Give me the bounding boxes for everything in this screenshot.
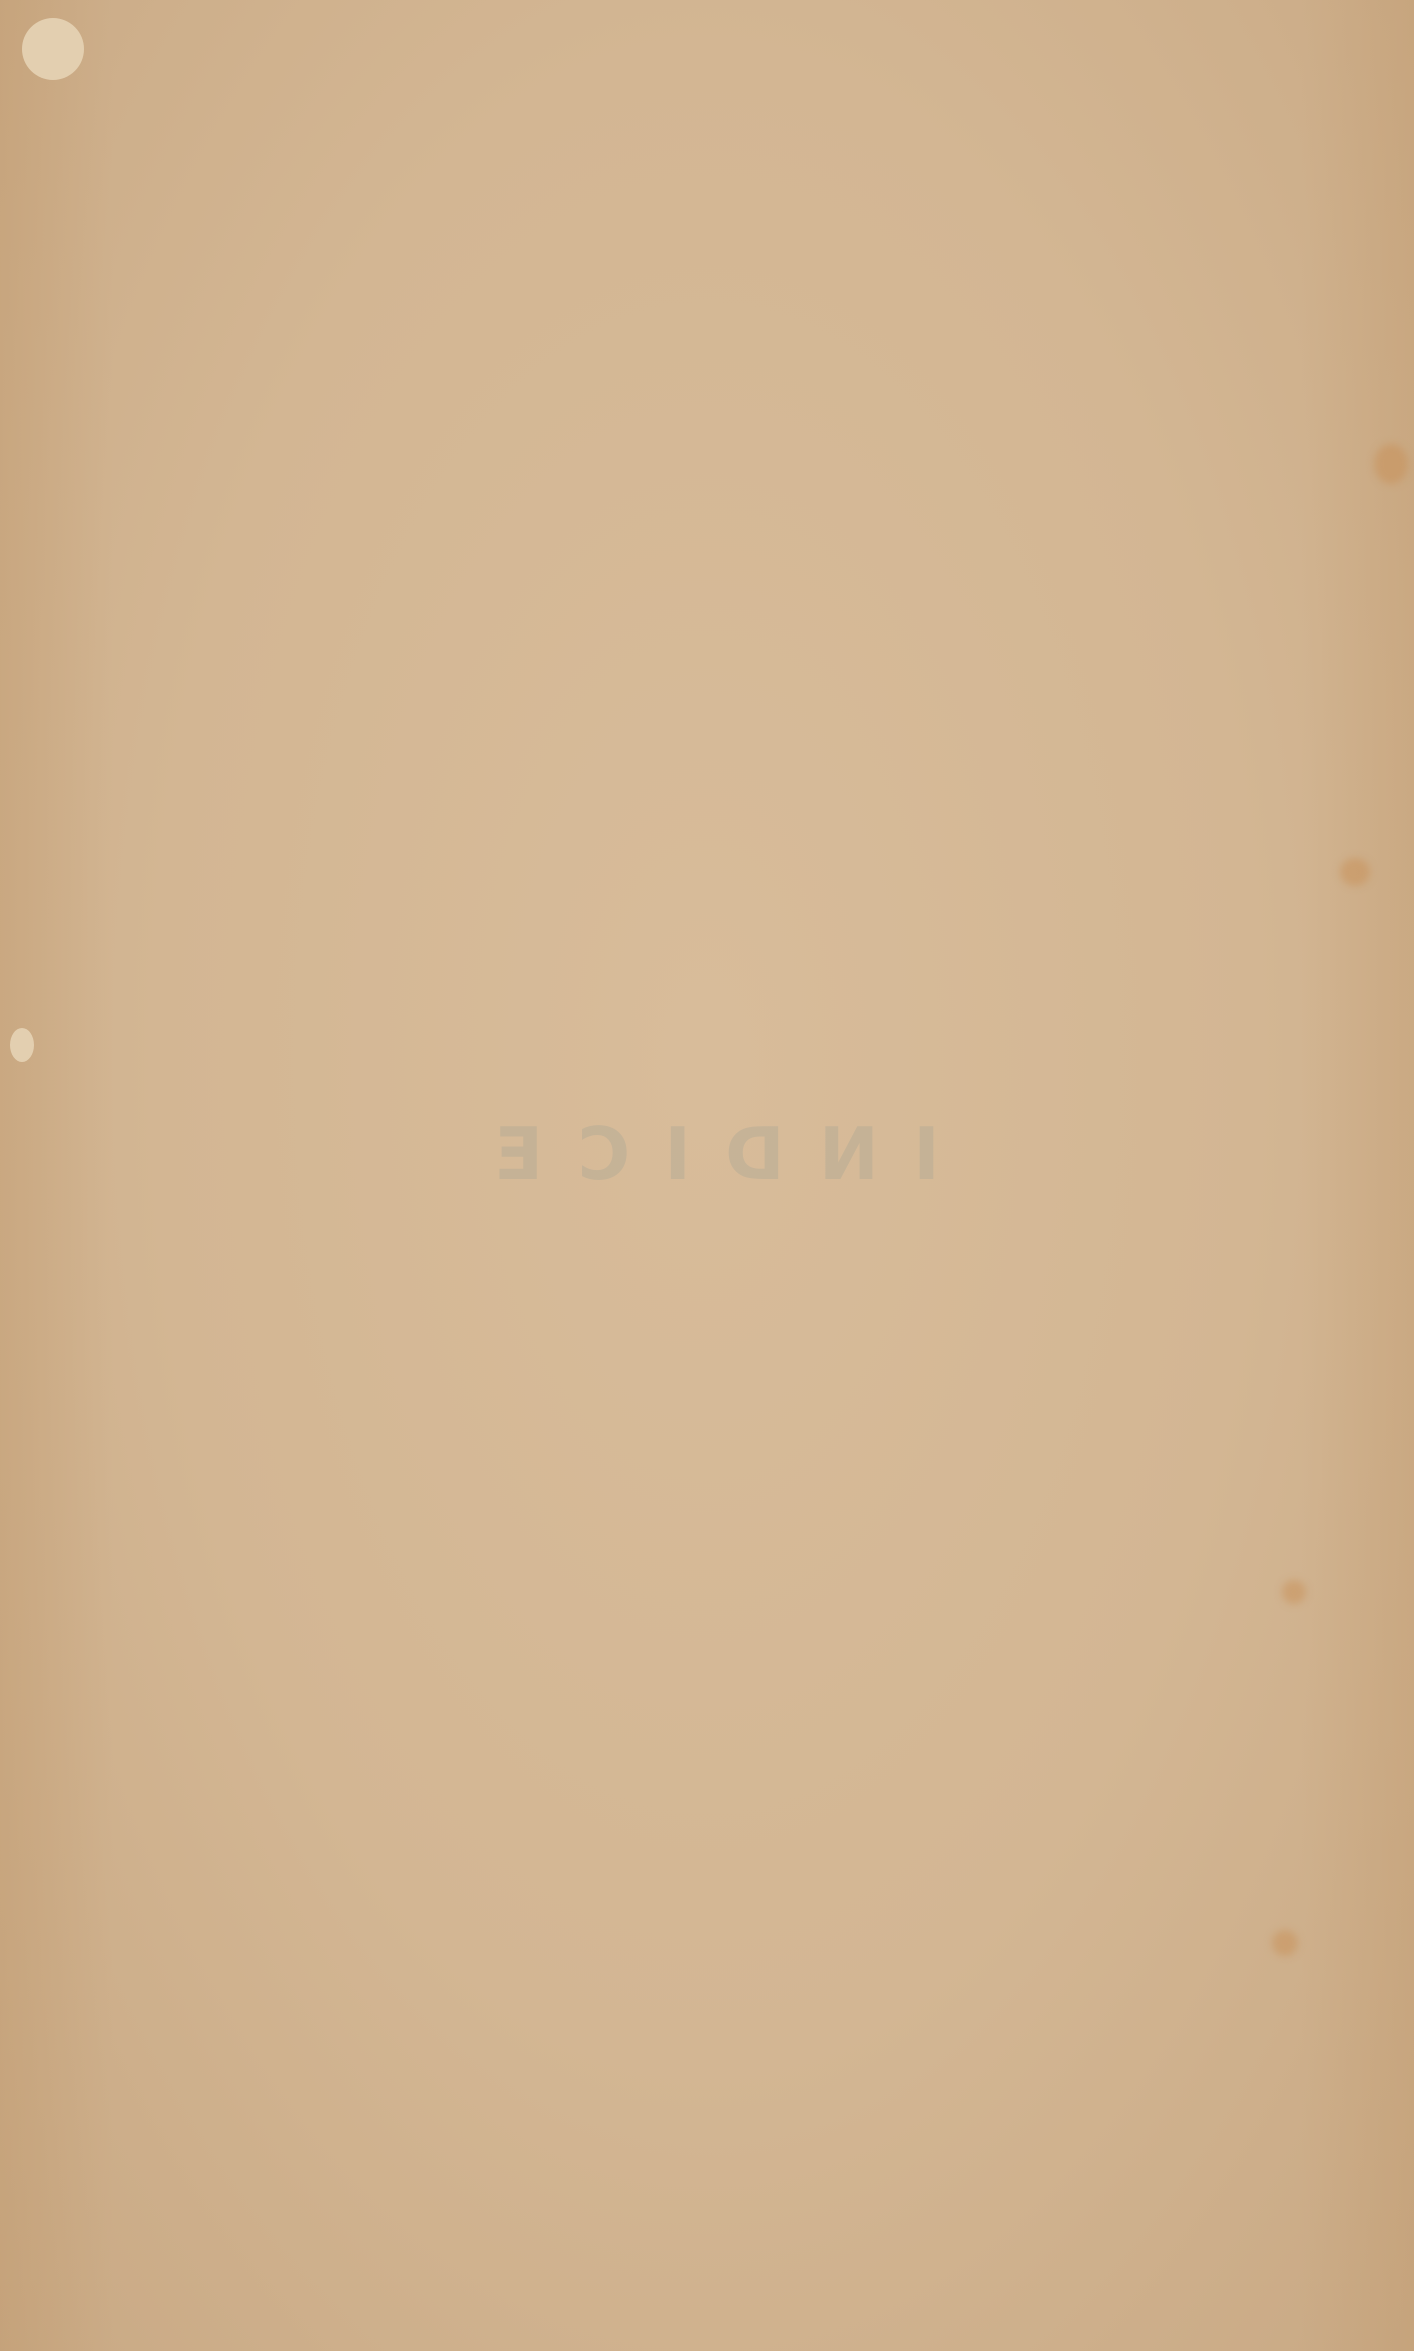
foxing-spot <box>1272 1930 1298 1956</box>
paper-hole-left <box>10 1028 34 1062</box>
foxing-spot <box>1282 1580 1306 1604</box>
foxing-spot <box>1374 444 1408 484</box>
paper-hole-top-left <box>22 18 84 80</box>
mirrored-showthrough-title: INDICE <box>430 1112 970 1196</box>
scanned-page: { "page": { "background_color": "#d6b995… <box>0 0 1414 2351</box>
foxing-spot <box>1340 858 1370 886</box>
